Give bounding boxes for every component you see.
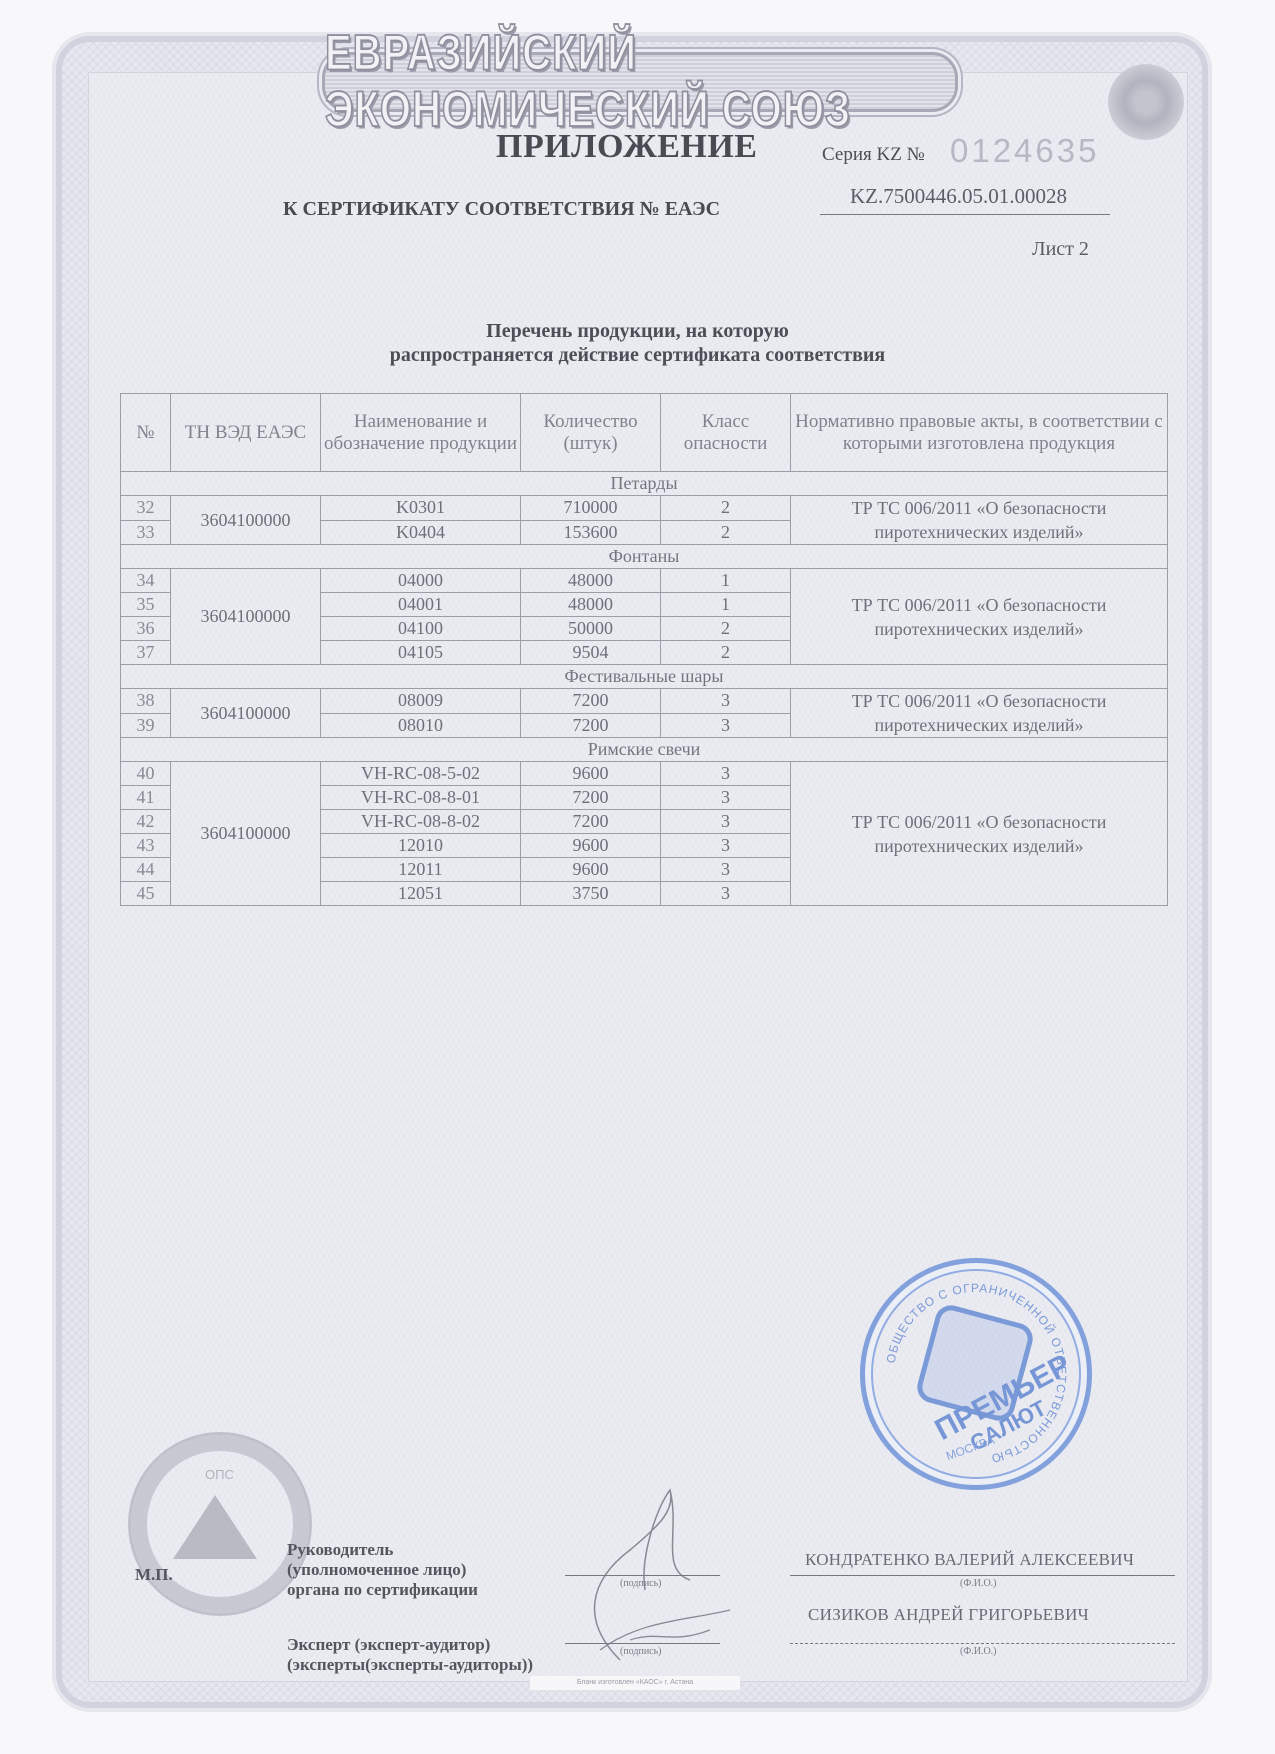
- product-name: 04000: [321, 569, 521, 593]
- document-title: ПРИЛОЖЕНИЕ: [496, 128, 757, 166]
- col-header-quantity: Количество (штук): [521, 394, 661, 472]
- product-name: 04100: [321, 617, 521, 641]
- head-role-line1: Руководитель: [287, 1540, 478, 1560]
- series-label: Серия KZ №: [822, 144, 925, 166]
- category-label: Петарды: [121, 472, 1168, 496]
- product-name: 04001: [321, 593, 521, 617]
- quantity: 9600: [521, 762, 661, 786]
- hazard-class: 2: [661, 520, 791, 545]
- list-heading-line2: распространяется действие сертификата со…: [0, 344, 1275, 367]
- head-role-label: Руководитель (уполномоченное лицо) орган…: [287, 1540, 478, 1600]
- union-banner-text: ЕВРАЗИЙСКИЙ ЭКОНОМИЧЕСКИЙ СОЮЗ: [325, 26, 955, 139]
- regulation: ТР ТС 006/2011 «О безопасности пиротехни…: [791, 496, 1168, 545]
- hazard-class: 3: [661, 713, 791, 738]
- product-name: 08009: [321, 689, 521, 714]
- product-name: 12010: [321, 834, 521, 858]
- row-number: 36: [121, 617, 171, 641]
- hazard-class: 3: [661, 762, 791, 786]
- category-label: Фестивальные шары: [121, 665, 1168, 689]
- head-role-line3: органа по сертификации: [287, 1580, 478, 1600]
- head-full-name: КОНДРАТЕНКО ВАЛЕРИЙ АЛЕКСЕЕВИЧ: [805, 1550, 1134, 1570]
- row-number: 42: [121, 810, 171, 834]
- category-label: Римские свечи: [121, 738, 1168, 762]
- quantity: 9600: [521, 834, 661, 858]
- col-header-product-name: Наименование и обозначение продукции: [321, 394, 521, 472]
- product-name: VH-RC-08-8-01: [321, 786, 521, 810]
- union-banner: ЕВРАЗИЙСКИЙ ЭКОНОМИЧЕСКИЙ СОЮЗ: [322, 52, 958, 112]
- printer-note: Бланк изготовлен «КАОС» г. Астана: [530, 1676, 740, 1690]
- quantity: 7200: [521, 713, 661, 738]
- product-name: 04105: [321, 641, 521, 665]
- sheet-number: Лист 2: [1032, 238, 1089, 261]
- regulation: ТР ТС 006/2011 «О безопасности пиротехни…: [791, 689, 1168, 738]
- head-role-line2: (уполномоченное лицо): [287, 1560, 478, 1580]
- company-stamp: ОБЩЕСТВО С ОГРАНИЧЕННОЙ ОТВЕТСТВЕННОСТЬЮ…: [860, 1258, 1092, 1490]
- hazard-class: 3: [661, 786, 791, 810]
- category-row: Петарды: [121, 472, 1168, 496]
- row-number: 44: [121, 858, 171, 882]
- regulation: ТР ТС 006/2011 «О безопасности пиротехни…: [791, 569, 1168, 665]
- expert-signature-line: [565, 1643, 720, 1644]
- quantity: 48000: [521, 593, 661, 617]
- col-header-regulations: Нормативно правовые акты, в соответствии…: [791, 394, 1168, 472]
- category-label: Фонтаны: [121, 545, 1168, 569]
- head-signature-line: [565, 1575, 720, 1576]
- quantity: 710000: [521, 496, 661, 521]
- row-number: 43: [121, 834, 171, 858]
- regulation: ТР ТС 006/2011 «О безопасности пиротехни…: [791, 762, 1168, 906]
- quantity: 7200: [521, 689, 661, 714]
- expert-role-line1: Эксперт (эксперт-аудитор): [287, 1635, 533, 1655]
- hazard-class: 1: [661, 569, 791, 593]
- table-row: 403604100000VH-RC-08-5-0296003ТР ТС 006/…: [121, 762, 1168, 786]
- quantity: 48000: [521, 569, 661, 593]
- stamp-center-text: ОПС: [205, 1467, 234, 1482]
- head-signature-caption: (подпись): [620, 1578, 662, 1589]
- triangle-emblem-icon: [173, 1495, 257, 1559]
- tn-ved-code: 3604100000: [171, 689, 321, 738]
- hazard-class: 2: [661, 641, 791, 665]
- stamp-place-label: М.П.: [135, 1565, 173, 1585]
- row-number: 33: [121, 520, 171, 545]
- hazard-class: 2: [661, 496, 791, 521]
- tn-ved-code: 3604100000: [171, 496, 321, 545]
- expert-role-label: Эксперт (эксперт-аудитор) (эксперты(эксп…: [287, 1635, 533, 1675]
- expert-name-line: [790, 1643, 1175, 1644]
- expert-name-caption: (Ф.И.О.): [960, 1646, 997, 1657]
- expert-full-name: СИЗИКОВ АНДРЕЙ ГРИГОРЬЕВИЧ: [808, 1605, 1089, 1625]
- quantity: 7200: [521, 786, 661, 810]
- table-header-row: № ТН ВЭД ЕАЭС Наименование и обозначение…: [121, 394, 1168, 472]
- product-name: VH-RC-08-8-02: [321, 810, 521, 834]
- row-number: 40: [121, 762, 171, 786]
- head-name-caption: (Ф.И.О.): [960, 1578, 997, 1589]
- row-number: 45: [121, 882, 171, 906]
- quantity: 7200: [521, 810, 661, 834]
- certificate-number: KZ.7500446.05.01.00028: [850, 184, 1067, 209]
- col-header-tn-ved: ТН ВЭД ЕАЭС: [171, 394, 321, 472]
- col-header-hazard-class: Класс опасности: [661, 394, 791, 472]
- hologram-seal-icon: [1108, 64, 1184, 140]
- hazard-class: 1: [661, 593, 791, 617]
- category-row: Фестивальные шары: [121, 665, 1168, 689]
- category-row: Римские свечи: [121, 738, 1168, 762]
- table-row: 323604100000K03017100002ТР ТС 006/2011 «…: [121, 496, 1168, 521]
- handwritten-signature-icon: [560, 1470, 750, 1670]
- table-row: 3836041000000800972003ТР ТС 006/2011 «О …: [121, 689, 1168, 714]
- row-number: 34: [121, 569, 171, 593]
- product-name: K0301: [321, 496, 521, 521]
- expert-role-line2: (эксперты(эксперты-аудиторы)): [287, 1655, 533, 1675]
- product-name: VH-RC-08-5-02: [321, 762, 521, 786]
- row-number: 39: [121, 713, 171, 738]
- row-number: 32: [121, 496, 171, 521]
- product-name: 12051: [321, 882, 521, 906]
- hazard-class: 3: [661, 882, 791, 906]
- tn-ved-code: 3604100000: [171, 569, 321, 665]
- certificate-label: К СЕРТИФИКАТУ СООТВЕТСТВИЯ № ЕАЭС: [283, 198, 720, 221]
- quantity: 9504: [521, 641, 661, 665]
- hazard-class: 2: [661, 617, 791, 641]
- row-number: 38: [121, 689, 171, 714]
- row-number: 35: [121, 593, 171, 617]
- certificate-number-underline: [820, 214, 1110, 215]
- quantity: 9600: [521, 858, 661, 882]
- table-row: 34360410000004000480001ТР ТС 006/2011 «О…: [121, 569, 1168, 593]
- certification-body-stamp: ОПС: [128, 1432, 312, 1616]
- row-number: 37: [121, 641, 171, 665]
- expert-signature-caption: (подпись): [620, 1646, 662, 1657]
- tn-ved-code: 3604100000: [171, 762, 321, 906]
- quantity: 50000: [521, 617, 661, 641]
- quantity: 153600: [521, 520, 661, 545]
- product-name: 12011: [321, 858, 521, 882]
- hazard-class: 3: [661, 858, 791, 882]
- series-number: 0124635: [950, 132, 1099, 170]
- hazard-class: 3: [661, 834, 791, 858]
- head-name-line: [790, 1575, 1175, 1576]
- product-name: K0404: [321, 520, 521, 545]
- products-table: № ТН ВЭД ЕАЭС Наименование и обозначение…: [120, 393, 1168, 906]
- quantity: 3750: [521, 882, 661, 906]
- col-header-number: №: [121, 394, 171, 472]
- hazard-class: 3: [661, 810, 791, 834]
- hazard-class: 3: [661, 689, 791, 714]
- row-number: 41: [121, 786, 171, 810]
- category-row: Фонтаны: [121, 545, 1168, 569]
- list-heading-line1: Перечень продукции, на которую: [0, 320, 1275, 343]
- product-name: 08010: [321, 713, 521, 738]
